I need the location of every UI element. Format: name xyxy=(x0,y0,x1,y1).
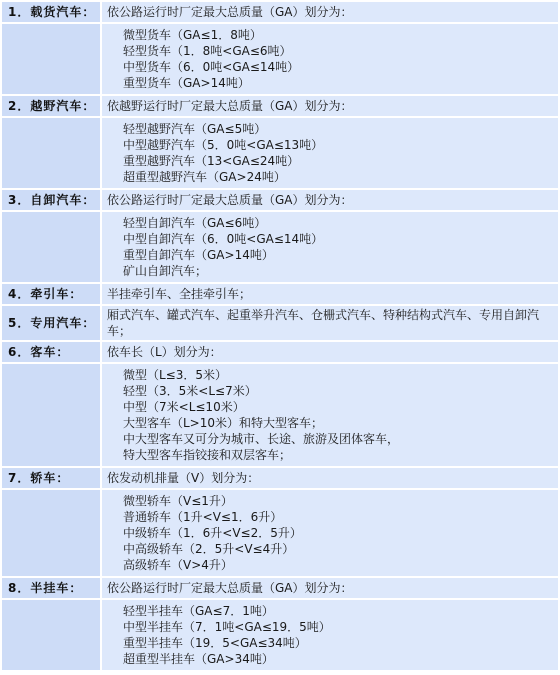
list-item: 重型半挂车（19．5<GA≤34吨） xyxy=(123,635,558,651)
list-item: 中大型客车又可分为城市、长途、旅游及团体客车， xyxy=(123,431,558,447)
list-item: 中型越野汽车（5．0吨<GA≤13吨） xyxy=(123,137,558,153)
list-item: 重型越野汽车（13<GA≤24吨） xyxy=(123,153,558,169)
list-item: 重型货车（GA>14吨） xyxy=(123,75,558,91)
list-item: 轻型自卸汽车（GA≤6吨） xyxy=(123,215,558,231)
category-detail-row-semitrailer: 轻型半挂车（GA≤7．1吨） 中型半挂车（7．1吨<GA≤19．5吨） 重型半挂… xyxy=(2,600,558,670)
list-item: 高级轿车（V>4升） xyxy=(123,557,558,573)
category-label: 4．牵引车： xyxy=(2,284,100,304)
list-item: 微型货车（GA≤1．8吨） xyxy=(123,27,558,43)
category-detail-row-dump: 轻型自卸汽车（GA≤6吨） 中型自卸汽车（6．0吨<GA≤14吨） 重型自卸汽车… xyxy=(2,212,558,282)
category-intro: 依公路运行时厂定最大总质量（GA）划分为： xyxy=(102,190,558,210)
category-label: 3．自卸汽车： xyxy=(2,190,100,210)
category-items: 轻型自卸汽车（GA≤6吨） 中型自卸汽车（6．0吨<GA≤14吨） 重型自卸汽车… xyxy=(102,212,558,282)
list-item: 普通轿车（1升<V≤1．6升） xyxy=(123,509,558,525)
category-row-semitrailer: 8．半挂车： 依公路运行时厂定最大总质量（GA）划分为： xyxy=(2,578,558,598)
category-label: 7．轿车： xyxy=(2,468,100,488)
vehicle-classification-table: 1．载货汽车： 依公路运行时厂定最大总质量（GA）划分为： 微型货车（GA≤1．… xyxy=(0,0,560,672)
list-item: 微型（L≤3．5米） xyxy=(123,367,558,383)
category-intro: 依发动机排量（V）划分为： xyxy=(102,468,558,488)
category-detail-row-car: 微型轿车（V≤1升） 普通轿车（1升<V≤1．6升） 中级轿车（1．6升<V≤2… xyxy=(2,490,558,576)
list-item: 轻型（3．5米<L≤7米） xyxy=(123,383,558,399)
list-item: 中高级轿车（2．5升<V≤4升） xyxy=(123,541,558,557)
category-intro: 依车长（L）划分为： xyxy=(102,342,558,362)
label-spacer xyxy=(2,490,100,576)
list-item: 轻型货车（1．8吨<GA≤6吨） xyxy=(123,43,558,59)
category-row-bus: 6．客车： 依车长（L）划分为： xyxy=(2,342,558,362)
category-items: 轻型越野汽车（GA≤5吨） 中型越野汽车（5．0吨<GA≤13吨） 重型越野汽车… xyxy=(102,118,558,188)
list-item: 中级轿车（1．6升<V≤2．5升） xyxy=(123,525,558,541)
category-row-car: 7．轿车： 依发动机排量（V）划分为： xyxy=(2,468,558,488)
list-item: 中型半挂车（7．1吨<GA≤19．5吨） xyxy=(123,619,558,635)
list-item: 中型自卸汽车（6．0吨<GA≤14吨） xyxy=(123,231,558,247)
list-item: 超重型越野汽车（GA>24吨） xyxy=(123,169,558,185)
category-intro: 半挂牵引车、全挂牵引车； xyxy=(102,284,558,304)
list-item: 中型（7米<L≤10米） xyxy=(123,399,558,415)
category-items: 微型货车（GA≤1．8吨） 轻型货车（1．8吨<GA≤6吨） 中型货车（6．0吨… xyxy=(102,24,558,94)
category-label: 6．客车： xyxy=(2,342,100,362)
category-detail-row-offroad: 轻型越野汽车（GA≤5吨） 中型越野汽车（5．0吨<GA≤13吨） 重型越野汽车… xyxy=(2,118,558,188)
category-label: 5．专用汽车： xyxy=(2,306,100,340)
label-spacer xyxy=(2,600,100,670)
list-item: 矿山自卸汽车； xyxy=(123,263,558,279)
list-item: 大型客车（L>10米）和特大型客车； xyxy=(123,415,558,431)
list-item: 轻型越野汽车（GA≤5吨） xyxy=(123,121,558,137)
category-items: 微型（L≤3．5米） 轻型（3．5米<L≤7米） 中型（7米<L≤10米） 大型… xyxy=(102,364,558,466)
category-label: 2．越野汽车： xyxy=(2,96,100,116)
label-spacer xyxy=(2,212,100,282)
category-label: 1．载货汽车： xyxy=(2,2,100,22)
category-row-truck: 1．载货汽车： 依公路运行时厂定最大总质量（GA）划分为： xyxy=(2,2,558,22)
label-spacer xyxy=(2,24,100,94)
label-spacer xyxy=(2,364,100,466)
category-label: 8．半挂车： xyxy=(2,578,100,598)
category-row-tractor: 4．牵引车： 半挂牵引车、全挂牵引车； xyxy=(2,284,558,304)
category-row-dump: 3．自卸汽车： 依公路运行时厂定最大总质量（GA）划分为： xyxy=(2,190,558,210)
category-detail-row-bus: 微型（L≤3．5米） 轻型（3．5米<L≤7米） 中型（7米<L≤10米） 大型… xyxy=(2,364,558,466)
label-spacer xyxy=(2,118,100,188)
list-item: 重型自卸汽车（GA>14吨） xyxy=(123,247,558,263)
list-item: 轻型半挂车（GA≤7．1吨） xyxy=(123,603,558,619)
category-items: 轻型半挂车（GA≤7．1吨） 中型半挂车（7．1吨<GA≤19．5吨） 重型半挂… xyxy=(102,600,558,670)
category-row-offroad: 2．越野汽车： 依越野运行时厂定最大总质量（GA）划分为： xyxy=(2,96,558,116)
category-row-special: 5．专用汽车： 厢式汽车、罐式汽车、起重举升汽车、仓栅式汽车、特种结构式汽车、专… xyxy=(2,306,558,340)
list-item: 超重型半挂车（GA>34吨） xyxy=(123,651,558,667)
list-item: 特大型客车指铰接和双层客车； xyxy=(123,447,558,463)
category-intro: 依公路运行时厂定最大总质量（GA）划分为： xyxy=(102,578,558,598)
list-item: 微型轿车（V≤1升） xyxy=(123,493,558,509)
category-intro: 依公路运行时厂定最大总质量（GA）划分为： xyxy=(102,2,558,22)
category-intro: 厢式汽车、罐式汽车、起重举升汽车、仓栅式汽车、特种结构式汽车、专用自卸汽车； xyxy=(102,306,558,340)
list-item: 中型货车（6．0吨<GA≤14吨） xyxy=(123,59,558,75)
category-detail-row-truck: 微型货车（GA≤1．8吨） 轻型货车（1．8吨<GA≤6吨） 中型货车（6．0吨… xyxy=(2,24,558,94)
category-intro: 依越野运行时厂定最大总质量（GA）划分为： xyxy=(102,96,558,116)
category-items: 微型轿车（V≤1升） 普通轿车（1升<V≤1．6升） 中级轿车（1．6升<V≤2… xyxy=(102,490,558,576)
